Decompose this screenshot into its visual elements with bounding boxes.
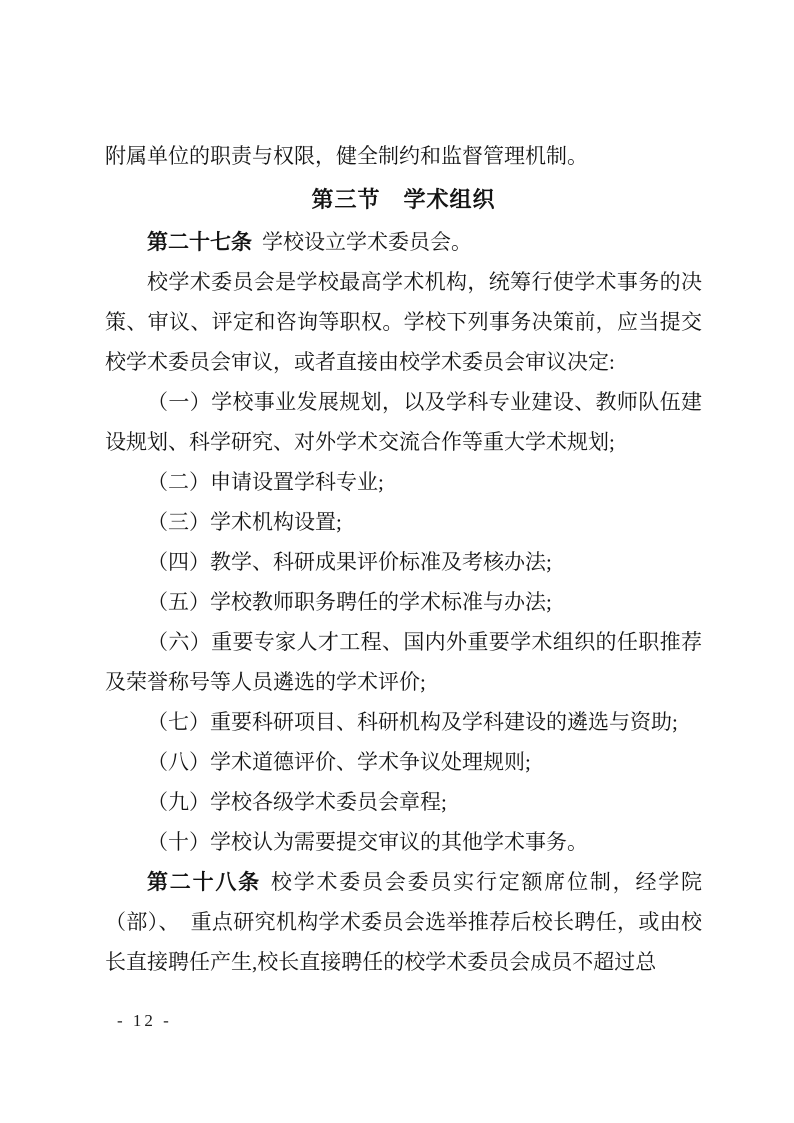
article-27-item-6: （六）重要专家人才工程、国内外重要学术组织的任职推荐及荣誉称号等人员遴选的学术评…: [105, 622, 702, 702]
article-27-item-5: （五）学校教师职务聘任的学术标准与办法;: [105, 582, 702, 622]
article-27-intro: 学校设立学术委员会。: [262, 230, 472, 254]
article-28-label: 第二十八条: [147, 870, 261, 894]
article-27-item-2: （二）申请设置学科专业;: [105, 462, 702, 502]
article-27-label: 第二十七条: [147, 230, 252, 254]
page-number: - 12 -: [117, 1011, 172, 1030]
article-27-lead-paragraph: 校学术委员会是学校最高学术机构，统筹行使学术事务的决策、审议、评定和咨询等职权。…: [105, 262, 702, 382]
article-27-item-9: （九）学校各级学术委员会章程;: [105, 782, 702, 822]
article-27-item-7: （七）重要科研项目、科研机构及学科建设的遴选与资助;: [105, 702, 702, 742]
page-footer: - 12 -: [117, 1005, 172, 1037]
page-content: 附属单位的职责与权限，健全制约和监督管理机制。 第三节 学术组织 第二十七条学校…: [105, 136, 702, 982]
article-27-item-10: （十）学校认为需要提交审议的其他学术事务。: [105, 822, 702, 862]
article-27-item-4: （四）教学、科研成果评价标准及考核办法;: [105, 542, 702, 582]
article-27-item-1: （一）学校事业发展规划，以及学科专业建设、教师队伍建设规划、科学研究、对外学术交…: [105, 382, 702, 462]
article-28-paragraph: 第二十八条校学术委员会委员实行定额席位制，经学院（部）、 重点研究机构学术委员会…: [105, 862, 702, 982]
article-27-opening: 第二十七条学校设立学术委员会。: [105, 222, 702, 262]
article-27-item-8: （八）学术道德评价、学术争议处理规则;: [105, 742, 702, 782]
document-page: 附属单位的职责与权限，健全制约和监督管理机制。 第三节 学术组织 第二十七条学校…: [0, 0, 794, 1123]
article-27-item-3: （三）学术机构设置;: [105, 502, 702, 542]
continuation-paragraph: 附属单位的职责与权限，健全制约和监督管理机制。: [105, 136, 702, 176]
section-heading: 第三节 学术组织: [105, 180, 702, 220]
